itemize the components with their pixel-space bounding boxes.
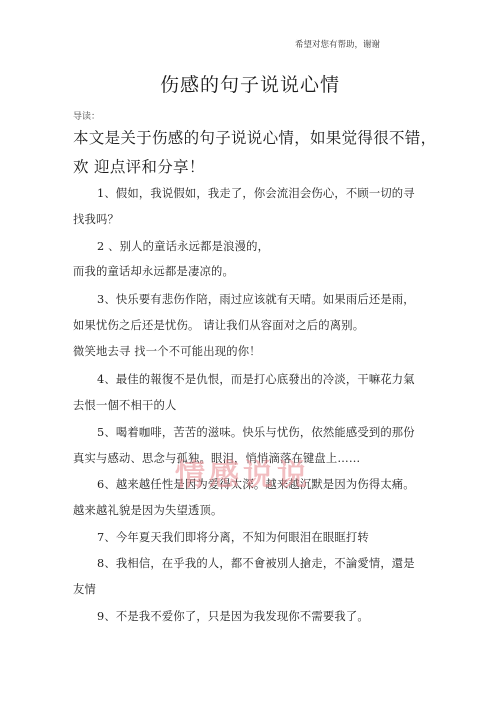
page-title: 伤感的句子说说心情	[0, 70, 500, 97]
paragraph-line: 7、今年夏天我们即将分离，不知为何眼泪在眼眶打转	[97, 529, 369, 545]
paragraph-line: 2 、别人的童话永远都是浪漫的，	[97, 238, 269, 254]
paragraph-line: 微笑地去寻 找一个不可能出现的你！	[73, 343, 261, 359]
paragraph-line: 3、快乐要有悲伤作陪，雨过应该就有天晴。如果雨后还是雨，	[97, 291, 415, 307]
paragraph-line: 越来越礼貌是因为失望透顶。	[73, 502, 222, 518]
paragraph-line: 找我吗？	[73, 211, 119, 227]
paragraph-line: 1、假如，我说假如，我走了，你会流泪会伤心，不顾一切的寻	[97, 185, 415, 201]
paragraph-line: 6、越来越任性是因为爱得太深。越来越沉默是因为伤得太痛。	[97, 476, 415, 492]
paragraph-line: 如果忧伤之后还是忧伤。 请让我们从容面对之后的离别。	[73, 317, 364, 333]
paragraph-line: 真实与感动、思念与孤独。眼泪，悄悄滴落在键盘上……	[73, 450, 360, 466]
paragraph-line: 9、不是我不爱你了，只是因为我发现你不需要我了。	[97, 608, 369, 624]
paragraph-line: 而我的童话却永远都是凄凉的。	[73, 263, 234, 279]
paragraph-line: 去恨一個不相干的人	[73, 397, 176, 413]
intro-label: 导读：	[73, 109, 100, 122]
paragraph-line: 友情	[73, 581, 96, 597]
header-note: 希望对您有帮助，谢谢	[295, 38, 380, 50]
paragraph-line: 5、喝着咖啡，苦苦的滋味。快乐与忧伤，依然能感受到的那份	[97, 424, 415, 440]
intro-line: 欢 迎点评和分享！	[73, 155, 205, 177]
paragraph-line: 8、我相信，在乎我的人，都不會被別人搶走，不論愛情，還是	[97, 555, 415, 571]
intro-line: 本文是关于伤感的句子说说心情，如果觉得很不错，	[73, 126, 436, 148]
paragraph-line: 4、最佳的報復不是仇恨，而是打心底發出的冷淡，干嘛花力氣	[97, 371, 415, 387]
